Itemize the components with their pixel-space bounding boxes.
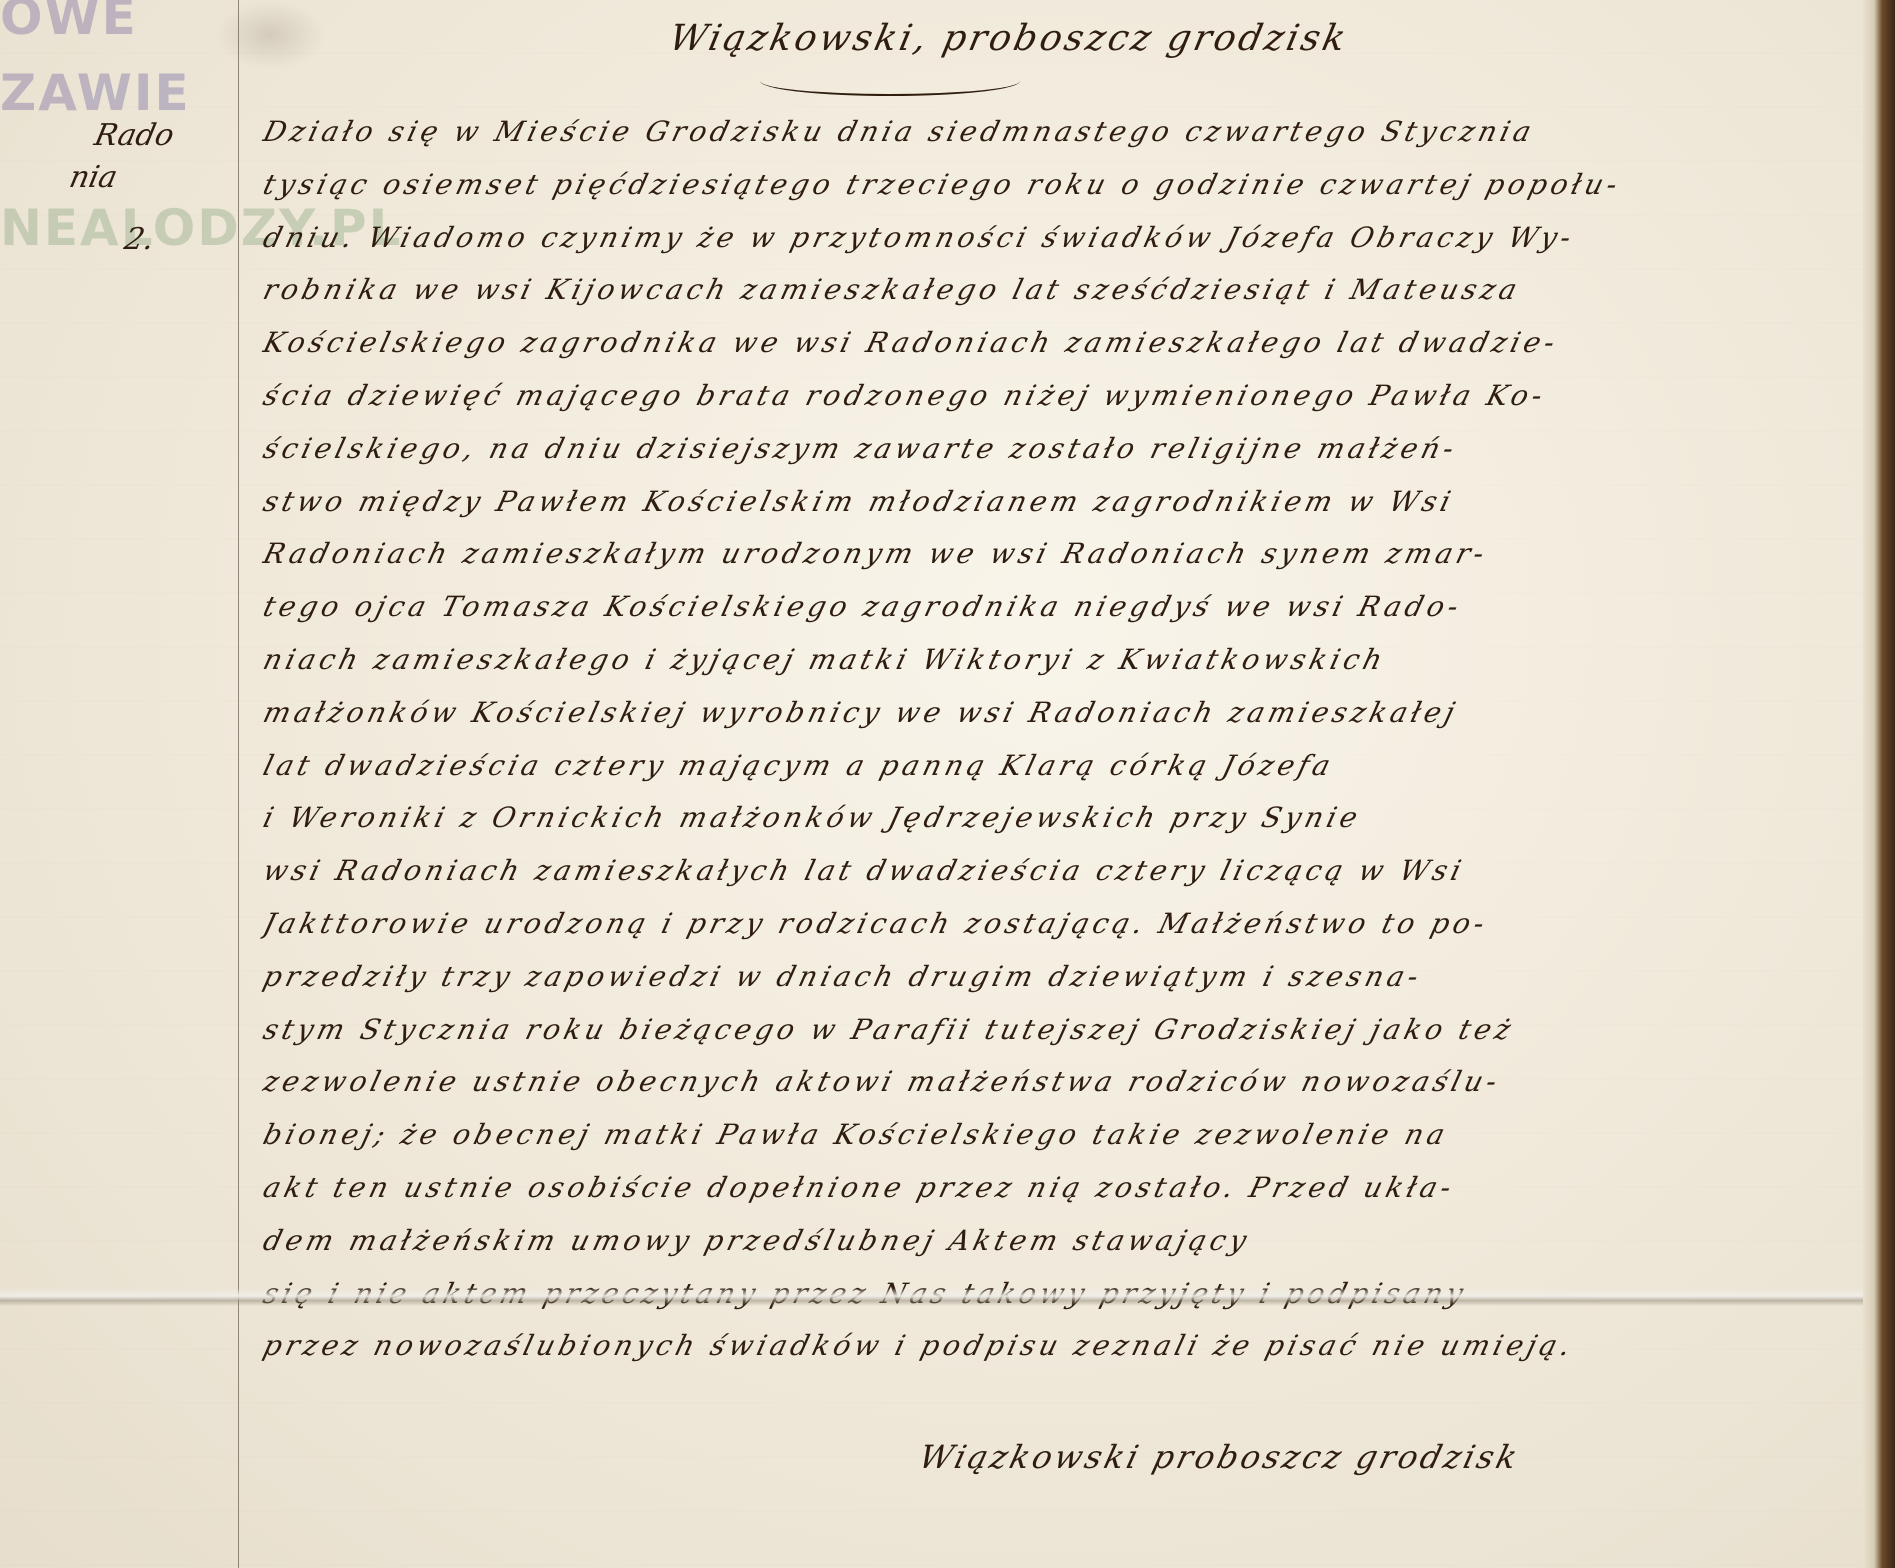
watermark-line-1: OWE <box>0 0 138 42</box>
text-line: przedziły trzy zapowiedzi w dniach drugi… <box>255 960 1858 1013</box>
text-line: lat dwadzieścia cztery mającym a panną K… <box>255 749 1858 802</box>
text-line: robnika we wsi Kijowcach zamieszkałego l… <box>255 273 1858 326</box>
text-line: dem małżeńskim umowy przedślubnej Aktem … <box>255 1224 1858 1277</box>
text-line: akt ten ustnie osobiście dopełnione prze… <box>255 1171 1858 1224</box>
text-line: stwo między Pawłem Kościelskim młodziane… <box>255 485 1858 538</box>
text-line: ścia dziewięć mającego brata rodzonego n… <box>255 379 1858 432</box>
text-line: Radoniach zamieszkałym urodzonym we wsi … <box>255 537 1858 590</box>
record-heading: Wiązkowski, proboszcz grodzisk <box>666 18 1352 59</box>
text-line: i Weroniki z Ornickich małżonków Jędrzej… <box>255 801 1858 854</box>
text-line: bionej; że obecnej matki Pawła Kościelsk… <box>255 1118 1858 1171</box>
text-line: stym Stycznia roku bieżącego w Parafii t… <box>255 1013 1858 1066</box>
text-line: Kościelskiego zagrodnika we wsi Radoniac… <box>255 326 1858 379</box>
text-line: niach zamieszkałego i żyjącej matki Wikt… <box>255 643 1858 696</box>
page-fold-crease <box>0 1288 1895 1306</box>
text-line: tysiąc osiemset pięćdziesiątego trzecieg… <box>255 168 1858 221</box>
priest-signature: Wiązkowski proboszcz grodzisk <box>915 1438 1524 1476</box>
text-line: wsi Radoniach zamieszkałych lat dwadzieś… <box>255 854 1858 907</box>
text-line: tego ojca Tomasza Kościelskiego zagrodni… <box>255 590 1858 643</box>
margin-place-line-2: nia <box>66 160 120 195</box>
text-line: ścielskiego, na dniu dzisiejszym zawarte… <box>255 432 1858 485</box>
text-line: przez nowozaślubionych świadków i podpis… <box>255 1329 1858 1382</box>
text-line: zezwolenie ustnie obecnych aktowi małżeń… <box>255 1065 1858 1118</box>
ink-smudge <box>215 0 325 70</box>
text-line: małżonków Kościelskiej wyrobnicy we wsi … <box>255 696 1858 749</box>
heading-flourish <box>760 66 1020 96</box>
text-line: Działo się w Mieście Grodzisku dnia sied… <box>255 115 1858 168</box>
document-page: OWE ZAWIE NEALODZY.PL Wiązkowski, probos… <box>0 0 1895 1568</box>
watermark-line-2: ZAWIE <box>0 68 191 118</box>
text-line: dniu. Wiadomo czynimy że w przytomności … <box>255 221 1858 274</box>
text-line: Jakttorowie urodzoną i przy rodzicach zo… <box>255 907 1858 960</box>
margin-place-line-1: Rado <box>91 118 177 153</box>
record-body: Działo się w Mieście Grodzisku dnia sied… <box>255 115 1845 1382</box>
book-binding-edge <box>1863 0 1895 1568</box>
